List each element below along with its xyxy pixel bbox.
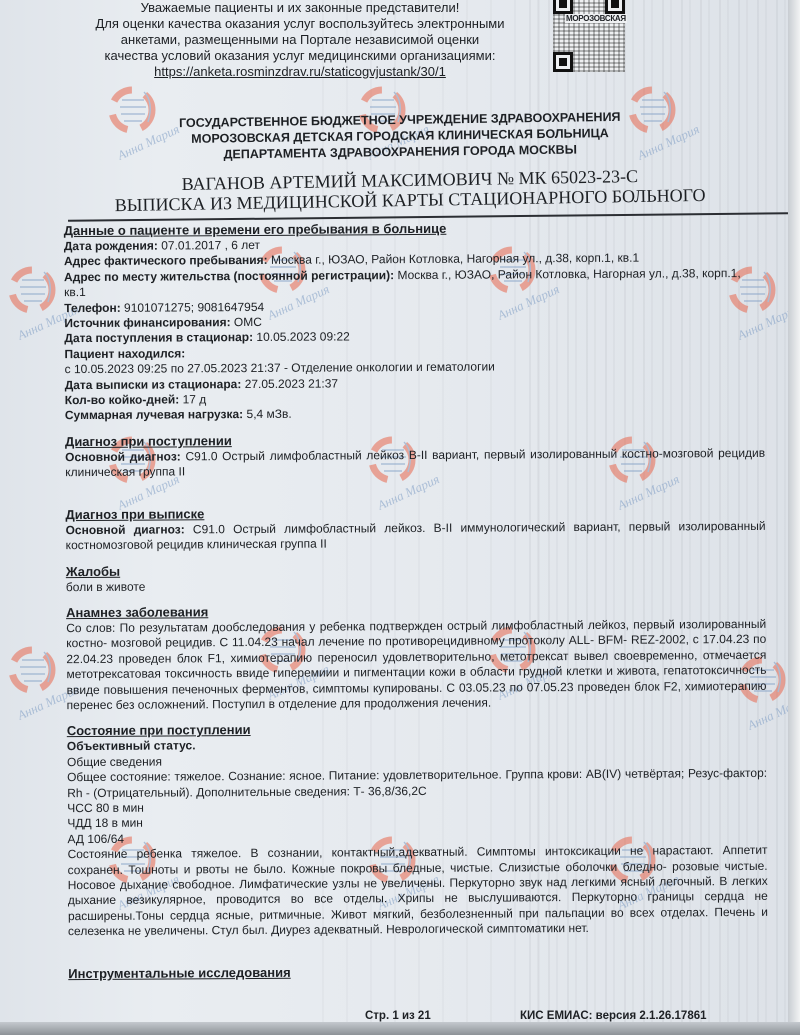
notice-line: Для оценки качества оказания услуг воспо… (40, 16, 560, 32)
field-label: Адрес по месту жительства (постоянной ре… (64, 268, 394, 284)
page-number: Стр. 1 из 21 (365, 1010, 431, 1022)
notice-line: качества условий оказания услуг медицинс… (40, 48, 560, 64)
admission-diagnosis: Основной диагноз: С91.0 Острый лимфоблас… (65, 446, 765, 481)
field-label: Основной диагноз: (65, 449, 181, 464)
paper-edge (788, 0, 800, 1035)
field-value: 07.01.2017 , 6 лет (158, 238, 260, 253)
feedback-notice: Уважаемые пациенты и их законные предста… (40, 0, 560, 80)
survey-link[interactable]: https://anketa.rosminzdrav.ru/staticogvj… (154, 64, 446, 79)
document-title-block: ВАГАНОВ АРТЕМИЙ МАКСИМОВИЧ № МК 65023-23… (110, 165, 711, 215)
field-label: Дата выписки из стационара: (65, 377, 242, 392)
field-value: 9101071275; 9081647954 (121, 300, 265, 315)
field-value: 10.05.2023 09:22 (253, 330, 350, 345)
field-label: Адрес фактического пребывания: (64, 253, 268, 268)
organization-header: ГОСУДАРСТВЕННОЕ БЮДЖЕТНОЕ УЧРЕЖДЕНИЕ ЗДР… (150, 109, 651, 164)
field-value: ОМС (231, 315, 262, 329)
qr-finder (605, 0, 625, 14)
field-value: 27.05.2023 21:37 (241, 376, 338, 391)
qr-label: МОРОЗОВСКАЯ (565, 14, 627, 23)
paper-shadow (0, 1022, 800, 1035)
document-page: Анна МарияАнна МарияАнна МарияАнна Мария… (0, 0, 790, 1035)
document-body: Данные о пациенте и времени его пребыван… (64, 219, 769, 982)
field-value: 17 д (179, 392, 206, 406)
field-label: Дата рождения: (64, 239, 158, 254)
field-label: Дата поступления в стационар: (64, 330, 253, 345)
general-state: Общее состояние: тяжелое. Сознание: ясно… (67, 766, 767, 801)
field-label: Телефон: (64, 300, 121, 314)
field-label: Источник финансирования: (64, 315, 230, 330)
section-heading-instrumental: Инструментальные исследования (68, 961, 768, 981)
notice-line: анкетами, размещенными на Портале незави… (40, 32, 560, 48)
notice-line: Уважаемые пациенты и их законные предста… (40, 0, 560, 16)
field-label: Суммарная лучевая нагрузка: (65, 408, 243, 423)
discharge-diagnosis: Основной диагноз: С91.0 Острый лимфоблас… (66, 519, 766, 554)
state-description: Состояние ребенка тяжелое. В сознании, к… (68, 843, 769, 940)
field-label: Кол-во койко-дней: (65, 393, 180, 408)
registered-address-row: Адрес по месту жительства (постоянной ре… (64, 266, 764, 301)
field-label: Основной диагноз: (66, 522, 185, 537)
field-value: 5,4 мЗв. (243, 407, 292, 421)
system-version: КИС ЕМИАС: версия 2.1.26.17861 (520, 1010, 707, 1022)
qr-finder (553, 0, 573, 14)
qr-finder (553, 52, 573, 72)
field-value: Москва г., ЮЗАО, Район Котловка, Нагорна… (268, 251, 640, 267)
anamnesis-text: Со слов: По результатам дообследования у… (66, 617, 767, 714)
qr-code: МОРОЗОВСКАЯ (553, 0, 625, 72)
